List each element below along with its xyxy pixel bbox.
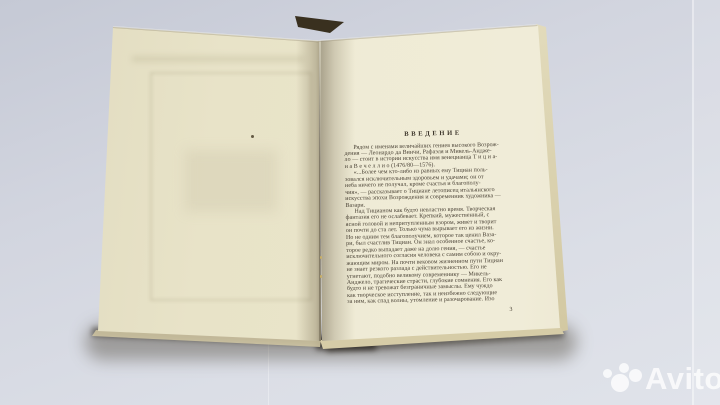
paper-speck [251, 135, 254, 138]
binding-stitch [320, 275, 322, 278]
show-through [132, 56, 304, 62]
show-through [185, 150, 277, 212]
body-paragraph: Рядом с именами величайших гениев высоко… [344, 141, 522, 170]
gutter-shadow [296, 38, 321, 343]
avito-logo-icon [603, 360, 643, 398]
avito-watermark: Avito [603, 358, 718, 402]
chapter-heading: ВВЕДЕНИЕ [344, 129, 522, 139]
page-number: 3 [347, 306, 525, 315]
book-photo: ВВЕДЕНИЕ Рядом с именами величайших гени… [0, 0, 720, 405]
background-panel [694, 0, 720, 405]
avito-wordmark: Avito [645, 359, 720, 399]
body-paragraph: Над Тицианом как будто невластно время. … [345, 206, 525, 306]
printed-text-block: ВВЕДЕНИЕ Рядом с именами величайших гени… [344, 129, 525, 316]
body-paragraph: «...Более чем кто-либо из равных ему Тиц… [345, 167, 524, 209]
gutter-fold [319, 41, 321, 341]
binding-stitch [320, 256, 322, 259]
